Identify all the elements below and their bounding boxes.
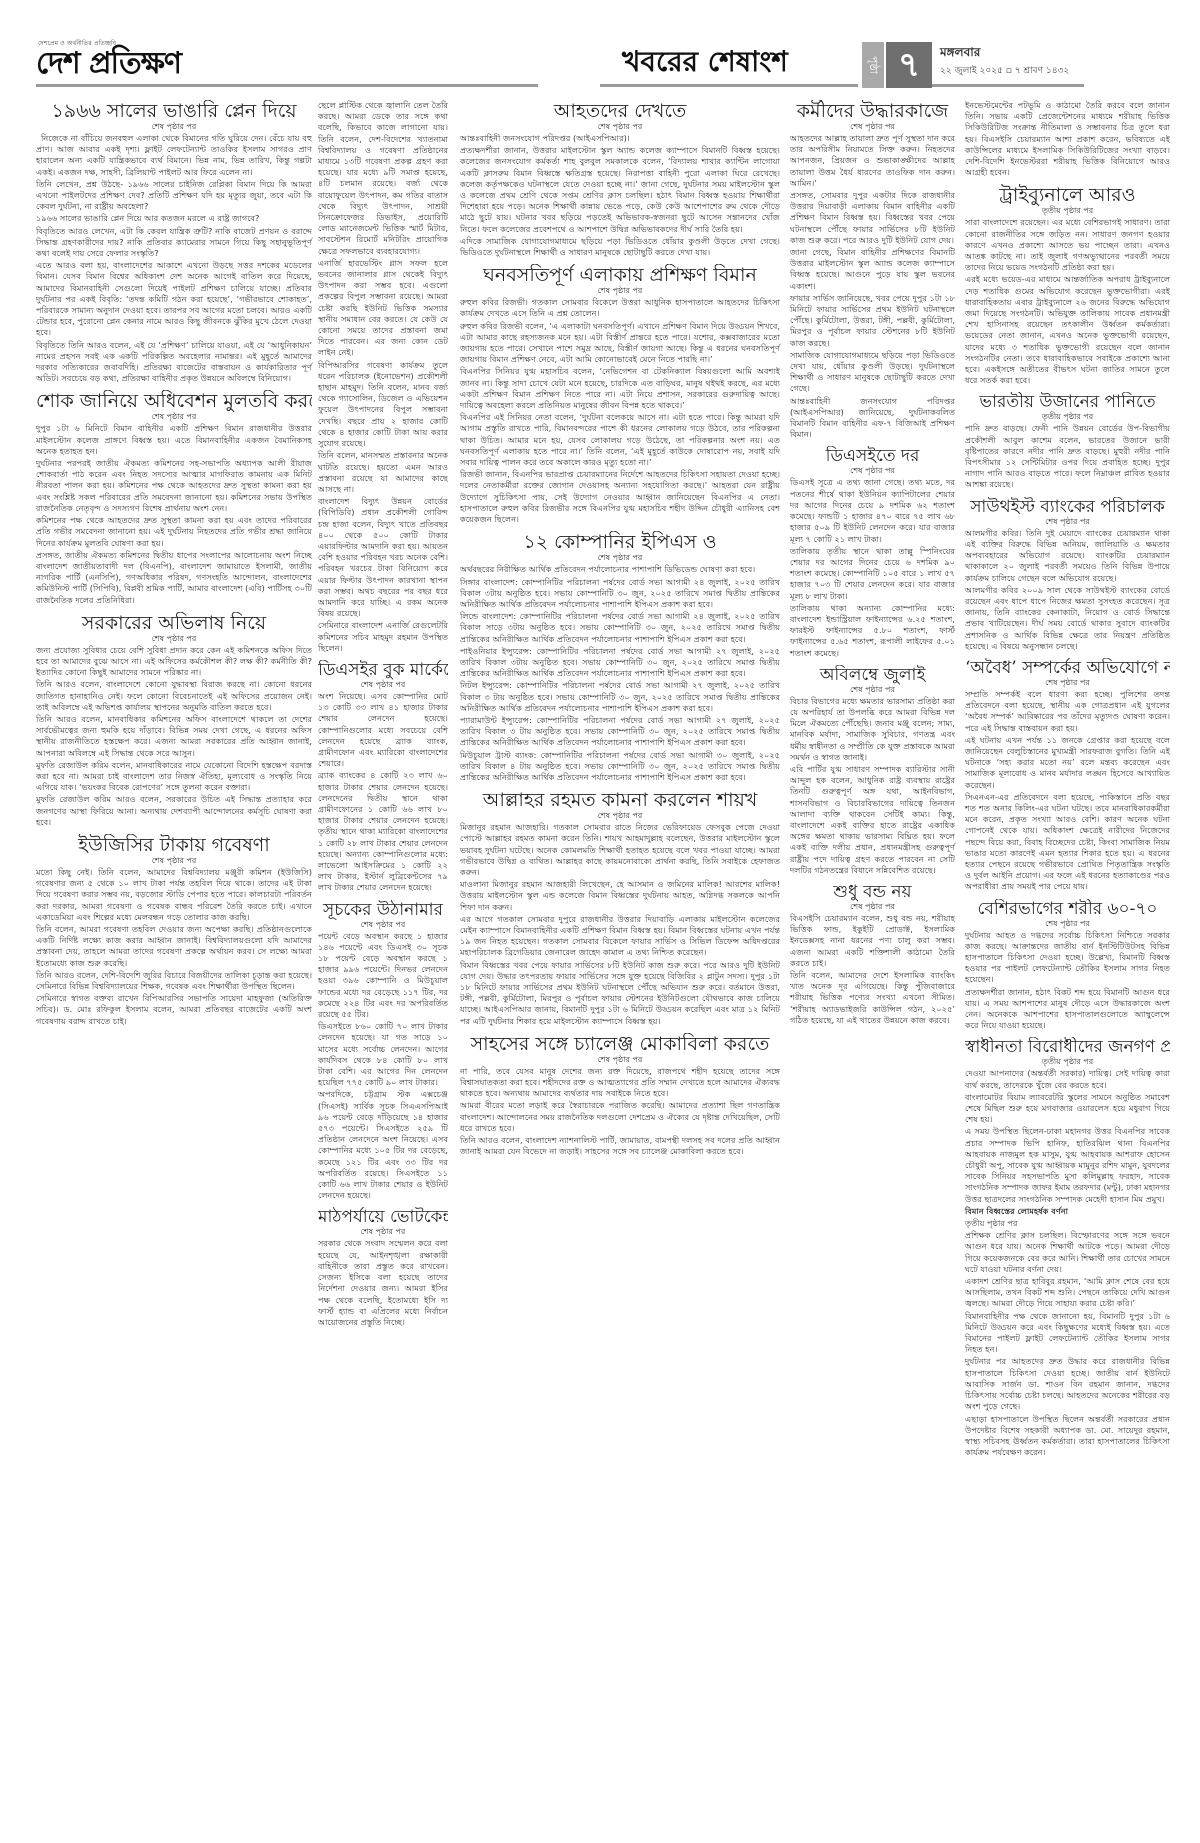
- article-body: মতো কিছু নেই। তিনি বলেন, আমাদের বিশ্ববিদ…: [36, 867, 312, 1027]
- continuation-label: শেষ পৃষ্ঠার পর: [36, 412, 312, 422]
- headline[interactable]: ১২ কোম্পানির ইপিএস ও: [460, 531, 780, 553]
- paragraph: প্রসঙ্গত, জাতীয় ঐকমত্য কমিশনের দ্বিতীয়…: [36, 550, 312, 606]
- article-plastic-fuel: ছেলে প্লাস্টিক থেকে জ্বালানি তেল তৈরি কর…: [318, 100, 448, 654]
- article-body: ডিএসই সূত্রে এ তথ্য জানা গেছে। তথ্য মতে,…: [790, 477, 955, 658]
- article-not-only-bond: শুধু বন্ড নয় শেষ পৃষ্ঠার পর বিএসইসি চেয…: [790, 882, 955, 1026]
- masthead: দেশপ্রেম ও অর্থনীতির প্রতিচ্ছবি দেশ প্রত…: [0, 0, 1200, 95]
- article-see-injured: আহতদের দেখতে শেষ পৃষ্ঠার পর আন্তঃবাহিনী …: [460, 100, 780, 258]
- headline[interactable]: ঘনবসতিপূর্ণ এলাকায় প্রশিক্ষণ বিমান: [460, 264, 780, 286]
- column-1: ১৯৬৬ সালের ভাঙারি প্লেন দিয়ে শেষ পৃষ্ঠা…: [36, 100, 312, 1033]
- paragraph: ডিএসই সূত্রে এ তথ্য জানা গেছে। তথ্য মতে,…: [790, 477, 955, 544]
- paragraph: এবি পার্টির যুগ্ম সাধারণ সম্পাদক ব্যারিস…: [790, 764, 955, 876]
- paragraph: মিজানুর রহমান আজহারি। গতকাল সোমবার রাতে …: [460, 822, 780, 878]
- paragraph: সারা বাংলাদেশে রয়েছেন। এর মধ্যে বেশিরভা…: [965, 217, 1170, 273]
- headline[interactable]: আল্লাহর রহমত কামনা করলেন শায়খ: [460, 789, 780, 811]
- paragraph: সামাজিক যোগাযোগমাধ্যমে ছড়িয়ে পড়া ভিডি…: [790, 350, 955, 395]
- paragraph: অর্থবছরের নিরীক্ষিত আর্থিক প্রতিবেদন পর্…: [460, 564, 780, 575]
- continuation-label: তৃতীয় পৃষ্ঠার পর: [965, 1057, 1170, 1067]
- day-of-week: মঙ্গলবার: [940, 44, 980, 64]
- paragraph: তিনি বলেন, আমাদের দেশে ইসলামিক ব্যাংকিং …: [790, 970, 955, 1026]
- continuation-label: শেষ পৃষ্ঠার পর: [965, 919, 1170, 929]
- column-4: কর্মীদের উদ্ধারকাজে শেষ পৃষ্ঠার পর আহতদে…: [790, 100, 955, 1032]
- article-body: দুর্ঘটনায় আহত ও দগ্ধদের সর্বোচ্চ চিকিৎস…: [965, 930, 1170, 1032]
- paragraph: না পারি, তবে যেসব মানুষ দেশের জন্য রক্ত …: [460, 1066, 780, 1100]
- article-body: ইনভেস্টমেন্টের পটভূমি ও কাঠামো তৈরি করবে…: [965, 100, 1170, 178]
- continuation-label: শেষ পৃষ্ঠার পর: [965, 678, 1170, 688]
- article-index-fluctuation: সূচকের উঠানামার শেষ পৃষ্ঠার পর পয়েন্ট ব…: [318, 900, 448, 1202]
- paragraph: মুফতি রেজাউল করিম আরও বলেন, সরকারের উচিত…: [36, 794, 312, 828]
- column-3: আহতদের দেখতে শেষ পৃষ্ঠার পর আন্তঃবাহিনী …: [460, 100, 780, 1163]
- paragraph: আলমগীর কবির ২০০৯ সাল থেকে সাউথইস্ট ব্যাং…: [965, 585, 1170, 652]
- headline[interactable]: সাউথইস্ট ব্যাংকের পরিচালক: [965, 497, 1170, 517]
- article-body: পয়েন্ট বেড়ে অবস্থান করছে ১ হাজার ১৪৬ প…: [318, 931, 448, 1202]
- paragraph: জানা গেছে, বিমান বাহিনীর প্রশিক্ষণের বিম…: [790, 247, 955, 292]
- paragraph: প্রসঙ্গত, সোমবার দুপুর একটার দিকে রাজধান…: [790, 190, 955, 246]
- continuation-label: শেষ পৃষ্ঠার পর: [36, 634, 312, 644]
- paragraph: তিনি আরও বলেন, বাংলাদেশে কোনো যুদ্ধাবস্থ…: [36, 679, 312, 713]
- article-body: বিচার বিভাগের মধ্যে ক্ষমতার ভারসাম্য প্র…: [790, 696, 955, 876]
- continuation-label: শেষ পৃষ্ঠার পর: [790, 902, 955, 912]
- paragraph: সেমিনারে স্বাগত বক্তব্য রাখেন বিপিআরসির …: [36, 993, 312, 1027]
- article-ugc-research: ইউজিসির টাকায় গবেষণা শেষ পৃষ্ঠার পর মতো…: [36, 834, 312, 1027]
- article-body: পানি দ্রুত বাড়ছে। ফেনী পানি উন্নয়ন বোর…: [965, 423, 1170, 490]
- article-field-polling: মাঠপর্যায়ে ভোটকেন্দ্র শেষ পৃষ্ঠার পর সর…: [318, 1207, 448, 1328]
- continuation-label: শেষ পৃষ্ঠার পর: [460, 1055, 780, 1065]
- paragraph: প্যারামাউন্ট ইন্স্যুরেন্স: কোম্পানিটির প…: [460, 715, 780, 749]
- paragraph: বিমানবাহিনীর পক্ষ থেকে জানানো হয়, বিমান…: [965, 1311, 1170, 1356]
- logo-text: দেশ প্রতিক্ষণ: [36, 49, 181, 79]
- headline[interactable]: ইউজিসির টাকায় গবেষণা: [36, 834, 312, 856]
- paragraph: তিনি লেখেন, প্রশ্ন উঠছে- ১৯৬৬ সালের চাইন…: [36, 179, 312, 213]
- page-label: পৃষ্ঠা: [862, 42, 884, 88]
- headline[interactable]: সরকারের অভিলাষ নিয়ে: [36, 612, 312, 634]
- article-body: ছেলে প্লাস্টিক থেকে জ্বালানি তেল তৈরি কর…: [318, 100, 448, 654]
- paragraph: ফায়ার সার্ভিস জানিয়েছে, খবর পেয়ে দুপু…: [790, 293, 955, 349]
- paragraph: আন্তঃবাহিনী জনসংযোগ পরিদপ্তর (আইএসপিআর) …: [790, 396, 955, 441]
- paragraph: অংশ নিয়েছে। এসব কোম্পানির মোট ১৩ কোটি ৩…: [318, 691, 448, 769]
- paragraph: ইনভেস্টমেন্টের পটভূমি ও কাঠামো তৈরি করবে…: [965, 100, 1170, 178]
- article-body: সরকার থেকে সংবাদ সম্মেলন করে বলা হয়েছে …: [318, 1238, 448, 1328]
- paragraph: পয়েন্ট বেড়ে অবস্থান করছে ১ হাজার ১৪৬ প…: [318, 931, 448, 1021]
- logo[interactable]: দেশপ্রেম ও অর্থনীতির প্রতিচ্ছবি দেশ প্রত…: [36, 38, 181, 79]
- continuation-label: শেষ পৃষ্ঠার পর: [790, 466, 955, 476]
- article-body: অর্থবছরের নিরীক্ষিত আর্থিক প্রতিবেদন পর্…: [460, 564, 780, 783]
- issue-date: ২২ জুলাই ২০২৫ ▫ ৭ শ্রাবণ ১৪৩২: [940, 63, 1069, 78]
- article-dense-area: ঘনবসতিপূর্ণ এলাকায় প্রশিক্ষণ বিমান শেষ …: [460, 264, 780, 525]
- paragraph: তিনি আরও বলেন, দেশি-বিদেশি জুরির বিচারে …: [36, 970, 312, 992]
- article-session-adjourned: শোক জানিয়ে অধিবেশন মুলতবি করলো শেষ পৃষ্…: [36, 390, 312, 605]
- page-number: ৭: [886, 42, 932, 88]
- paragraph: পানি দ্রুত বাড়ছে। ফেনী পানি উন্নয়ন বোর…: [965, 423, 1170, 490]
- paragraph: এতে আরও বলা হয়, বাংলাদেশের আকাশে এখনো উ…: [36, 260, 312, 338]
- article-body: দুপুর ১টা ৬ মিনিটে বিমান বাহিনীর একটি প্…: [36, 423, 312, 605]
- paragraph: তিনি বলেন, আমরা গবেষণা তহবিল দেওয়ার জন্…: [36, 924, 312, 969]
- paragraph: বাংলাদেশ বিদ্যুৎ উন্নয়ন বোর্ডের (বিপিডি…: [318, 496, 448, 619]
- column-2: ছেলে প্লাস্টিক থেকে জ্বালানি তেল তৈরি কর…: [318, 100, 448, 1334]
- paragraph: এদিকে সামাজিক যোগাযোগমাধ্যমে ছড়িয়ে পড়…: [460, 236, 780, 258]
- headline[interactable]: ডিএসইতে দর: [790, 446, 955, 466]
- article-plane-1966: ১৯৬৬ সালের ভাঙারি প্লেন দিয়ে শেষ পৃষ্ঠা…: [36, 100, 312, 384]
- article-courage-challenge: সাহসের সঙ্গে চ্যালেঞ্জ মোকাবিলা করতে শেষ…: [460, 1033, 780, 1158]
- headline[interactable]: সূচকের উঠানামার: [318, 900, 448, 920]
- continuation-label: শেষ পৃষ্ঠার পর: [460, 811, 780, 821]
- paragraph: দেওয়া আপনাদের (অন্তর্বর্তী সরকার) দায়ি…: [965, 1068, 1170, 1090]
- continuation-label: শেষ পৃষ্ঠার পর: [318, 1227, 448, 1237]
- paragraph: ব্র্যাক ব্যাংকের ৪ কোটি ২৩ লাখ ৬০ হাজার …: [318, 770, 448, 893]
- headline[interactable]: কর্মীদের উদ্ধারকাজে: [790, 100, 955, 122]
- paragraph: একাদশ শ্রেণির ছাত্র হাবিবুর রহমান, ‘আমি …: [965, 1276, 1170, 1310]
- paragraph: দুর্ঘটনায় আহত ও দগ্ধদের সর্বোচ্চ চিকিৎস…: [965, 930, 1170, 986]
- headline[interactable]: বেশিরভাগের শরীর ৬০-৭০: [965, 899, 1170, 919]
- article-dse-rate: ডিএসইতে দর শেষ পৃষ্ঠার পর ডিএসই সূত্রে এ…: [790, 446, 955, 658]
- article-body: সম্প্রতি সম্পর্কই বলে ধারণা করা হচ্ছে। প…: [965, 689, 1170, 893]
- continuation-label: শেষ পৃষ্ঠার পর: [790, 685, 955, 695]
- article-govt-ambition: সরকারের অভিলাষ নিয়ে শেষ পৃষ্ঠার পর জন্য…: [36, 612, 312, 828]
- paragraph: রুহুল কবির রিজভী। গতকাল সোমবার বিকেলে উত…: [460, 297, 780, 319]
- paragraph: সিঙ্গার বাংলাদেশ: কোম্পানিটির পরিচালনা প…: [460, 577, 780, 611]
- headline[interactable]: ভারতীয় উজানের পানিতে: [965, 392, 1170, 412]
- continuation-label: শেষ পৃষ্ঠার পর: [790, 122, 955, 132]
- continuation-label: তৃতীয় পৃষ্ঠার পর: [965, 1218, 1170, 1229]
- paragraph: প্রশিক্ষক শ্রেণির ক্লাস চলছিল। বিস্ফোরণে…: [965, 1230, 1170, 1275]
- headline[interactable]: স্বাধীনতা বিরোধীদের জনগণ প্রত্যাখ্যান: [965, 1037, 1170, 1057]
- article-body: দেওয়া আপনাদের (অন্তর্বর্তী সরকার) দায়ি…: [965, 1068, 1170, 1458]
- continuation-label: শেষ পৃষ্ঠার পর: [318, 920, 448, 930]
- divider: [932, 84, 1084, 87]
- continuation-label: শেষ পৃষ্ঠার পর: [460, 286, 780, 296]
- paragraph: বিমান বিধ্বস্তের খবর পেয়ে ফায়ার সার্ভি…: [460, 960, 780, 1027]
- headline[interactable]: সাহসের সঙ্গে চ্যালেঞ্জ মোকাবিলা করতে: [460, 1033, 780, 1055]
- paragraph: বিএনপির এই সিনিয়র নেতা বলেন, ‘দুর্ঘটনা …: [460, 412, 780, 468]
- headline[interactable]: আহতদের দেখতে: [460, 100, 780, 122]
- article-body: মিজানুর রহমান আজহারি। গতকাল সোমবার রাতে …: [460, 822, 780, 1027]
- article-workers-rescue: কর্মীদের উদ্ধারকাজে শেষ পৃষ্ঠার পর আহতদে…: [790, 100, 955, 440]
- headline[interactable]: শুধু বন্ড নয়: [790, 882, 955, 902]
- article-body: আন্তঃবাহিনী জনসংযোগ পরিদপ্তর (আইএসপিআর)।…: [460, 133, 780, 258]
- paragraph: সরকার থেকে সংবাদ সম্মেলন করে বলা হয়েছে …: [318, 1238, 448, 1328]
- paragraph: বিএনপির সিনিয়র যুগ্ম মহাসচিব বলেন, ‘নেভ…: [460, 366, 780, 411]
- paragraph: ডিএসইতে ৮৬০ কোটি ৭০ লাখ টাকার লেনদেন হয়…: [318, 1021, 448, 1088]
- paragraph: দুর্ঘটনার পরপরই জাতীয় ঐকমত্য কমিশনের সহ…: [36, 458, 312, 514]
- paragraph: আমরা বীরের মতো লড়াই করে স্বৈরাচারকে পরা…: [460, 1100, 780, 1134]
- paragraph: মিউচুয়াল ট্রাস্ট ব্যাংক: কোম্পানিটির পর…: [460, 750, 780, 784]
- article-tribunal-more: ট্রাইব্যুনালে আরও তৃতীয় পৃষ্ঠার পর সারা…: [965, 184, 1170, 386]
- paragraph: পাইওনিয়ার ইন্স্যুরেন্স: কোম্পানিটির পরি…: [460, 646, 780, 680]
- paragraph: বিএসইসি চেয়ারম্যান বলেন, শুধু বন্ড নয়,…: [790, 913, 955, 969]
- continuation-label: শেষ পৃষ্ঠার পর: [460, 553, 780, 563]
- paragraph: মতো কিছু নেই। তিনি বলেন, আমাদের বিশ্ববিদ…: [36, 867, 312, 923]
- article-twelve-companies: ১২ কোম্পানির ইপিএস ও শেষ পৃষ্ঠার পর অর্থ…: [460, 531, 780, 783]
- paragraph: বিবৃতিতে আরও লেখেন, এটা কি কেবল যান্ত্রি…: [36, 226, 312, 260]
- article-body: জন্য প্রযোজ্য সুবিধার চেয়ে বেশি সুবিধা …: [36, 645, 312, 828]
- article-body: না পারি, তবে যেসব মানুষ দেশের জন্য রক্ত …: [460, 1066, 780, 1158]
- paragraph: তিনি বলেন, মানসম্মত প্রস্তাবনার অনেক ঘাট…: [318, 450, 448, 495]
- paragraph: এই ঘটনায় এখন পর্যন্ত ১১ জনকে গ্রেপ্তার …: [965, 735, 1170, 791]
- section-title: খবরের শেষাংশ: [622, 40, 788, 87]
- article-body: অংশ নিয়েছে। এসব কোম্পানির মোট ১৩ কোটি ৩…: [318, 691, 448, 894]
- divider: [36, 84, 286, 87]
- paragraph: রিজভী জানান, বিএনপির ভারপ্রাপ্ত চেয়ারম্…: [460, 469, 780, 525]
- column-5: ইনভেস্টমেন্টের পটভূমি ও কাঠামো তৈরি করবে…: [965, 100, 1170, 1464]
- headline[interactable]: শোক জানিয়ে অধিবেশন মুলতবি করলো: [36, 390, 312, 412]
- paragraph: এরই মধ্যে ভয়েড-এর মাধ্যমে আন্তর্জাতিক অ…: [965, 274, 1170, 386]
- paragraph: আহতদের আল্লাহ তায়ালা দ্রুত পূর্ণ সুস্থত…: [790, 133, 955, 189]
- headline[interactable]: অবিলম্বে জুলাই: [790, 665, 955, 685]
- article-july-indispensable: অবিলম্বে জুলাই শেষ পৃষ্ঠার পর বিচার বিভা…: [790, 665, 955, 876]
- article-dse-book: ডিএসইর বুক মার্কেটে শেষ পৃষ্ঠার পর অংশ ন…: [318, 660, 448, 894]
- article-body: সারা বাংলাদেশে রয়েছেন। এর মধ্যে বেশিরভা…: [965, 217, 1170, 386]
- continuation-label: শেষ পৃষ্ঠার পর: [36, 122, 312, 132]
- paragraph: প্রত্যক্ষদর্শীরা জানান, হঠাৎ বিকট শব্দ হ…: [965, 987, 1170, 1032]
- paragraph: মুফতি রেজাউল করিম বলেন, মানবাধিকারের নাম…: [36, 760, 312, 794]
- paragraph: ১৯৬৬ সালের ভাঙারি প্লেন দিয়ে আর কতজন মর…: [36, 213, 312, 224]
- paragraph: এছাড়া হাসপাতালে উপস্থিত ছিলেন অন্তর্বর্…: [965, 1414, 1170, 1459]
- article-illicit-relation: ‘অবৈধ’ সম্পর্কের অভিযোগে নর শেষ পৃষ্ঠার …: [965, 658, 1170, 893]
- paragraph: সম্প্রতি সম্পর্কই বলে ধারণা করা হচ্ছে। প…: [965, 689, 1170, 734]
- paragraph: বিপিআরসির গবেষণা কার্যক্রম তুলে ধরেন পরি…: [318, 360, 448, 450]
- paragraph: আলমগীর কবির। তিনি দুই মেয়াদে ব্যাংকের চ…: [965, 528, 1170, 584]
- paragraph: তালিকায় তৃতীয় স্থানে থাকা তাল্লু স্পিন…: [790, 546, 955, 602]
- subheading: বিমান বিধ্বস্তের লোমহর্ষক বর্ণনা: [965, 1206, 1170, 1217]
- paragraph: জন্য প্রযোজ্য সুবিধার চেয়ে বেশি সুবিধা …: [36, 645, 312, 679]
- article-body: নিজেকে না বাঁচিয়ে জনবহুল এলাকা থেকে বিম…: [36, 133, 312, 384]
- paragraph: এ সময় উপস্থিত ছিলেন-ঢাকা মহানগর উত্তর ব…: [965, 1126, 1170, 1204]
- paragraph: বিবৃতিতে তিনি আরও বলেন, এই যে ‘প্রশিক্ষণ…: [36, 340, 312, 385]
- article-allah-mercy: আল্লাহর রহমত কামনা করলেন শায়খ শেষ পৃষ্ঠ…: [460, 789, 780, 1027]
- paragraph: ছেলে প্লাস্টিক থেকে জ্বালানি তেল তৈরি কর…: [318, 100, 448, 257]
- paragraph: দুর্ঘটনার পর আহতদের দ্রুত উদ্ধার করে রাজ…: [965, 1356, 1170, 1412]
- paragraph: সিএনএন-এর প্রতিবেদনে বলা হয়েছে, পাকিস্ত…: [965, 792, 1170, 893]
- paragraph: তিনি আরও বলেন, বাংলাদেশ ন্যাশনালিস্ট পার…: [460, 1135, 780, 1157]
- paragraph: সেমিনারে বাংলাদেশ এনার্জি রেগুলেটরি কমিশ…: [318, 620, 448, 654]
- paragraph: নিজেকে না বাঁচিয়ে জনবহুল এলাকা থেকে বিম…: [36, 133, 312, 178]
- paragraph: বাংলামোটর বিয়াম ল্যাবরেটরি স্কুলের সামন…: [965, 1092, 1170, 1126]
- paragraph: এনার্জি হারভেস্টিং গ্লাস সফল হলে ভবনের জ…: [318, 258, 448, 359]
- article-southeast-bank: সাউথইস্ট ব্যাংকের পরিচালক শেষ পৃষ্ঠার পর…: [965, 497, 1170, 652]
- headline[interactable]: মাঠপর্যায়ে ভোটকেন্দ্র: [318, 1207, 448, 1227]
- article-indian-upstream: ভারতীয় উজানের পানিতে তৃতীয় পৃষ্ঠার পর …: [965, 392, 1170, 490]
- continuation-label: তৃতীয় পৃষ্ঠার পর: [965, 206, 1170, 216]
- article-most-bodies: বেশিরভাগের শরীর ৬০-৭০ শেষ পৃষ্ঠার পর দুর…: [965, 899, 1170, 1032]
- paragraph: আন্তঃবাহিনী জনসংযোগ পরিদপ্তর (আইএসপিআর)।: [460, 133, 780, 144]
- headline[interactable]: ১৯৬৬ সালের ভাঙারি প্লেন দিয়ে: [36, 100, 312, 122]
- paragraph: তিনি আরও বলেন, মানবাধিকার কমিশনের অফিস ব…: [36, 714, 312, 759]
- article-body: বিএসইসি চেয়ারম্যান বলেন, শুধু বন্ড নয়,…: [790, 913, 955, 1026]
- article-body: রুহুল কবির রিজভী। গতকাল সোমবার বিকেলে উত…: [460, 297, 780, 525]
- article-independence-opponents: স্বাধীনতা বিরোধীদের জনগণ প্রত্যাখ্যান তৃ…: [965, 1037, 1170, 1458]
- paragraph: নিটল ইন্স্যুরেন্স: কোম্পানিটির পরিচালনা …: [460, 680, 780, 714]
- continuation-label: শেষ পৃষ্ঠার পর: [318, 680, 448, 690]
- paragraph: এর আগে গতকাল সোমবার দুপুরে রাজধানীর উত্ত…: [460, 914, 780, 959]
- paragraph: বিচার বিভাগের মধ্যে ক্ষমতার ভারসাম্য প্র…: [790, 696, 955, 763]
- paragraph: মাওলানা মিজানুর রহমান আজহারী লিখেছেন, হে…: [460, 879, 780, 913]
- paragraph: অপরদিকে, চট্টগ্রাম স্টক এক্সচেঞ্জ (সিএসই…: [318, 1089, 448, 1201]
- continuation-label: শেষ পৃষ্ঠার পর: [36, 856, 312, 866]
- paragraph: রুহুল কবির রিজভী বলেন, ‘এ এলাকাটা ঘনবসতি…: [460, 321, 780, 366]
- paragraph: কমিশনের পক্ষ থেকে আহতদের দ্রুত সুস্থতা ক…: [36, 515, 312, 549]
- paragraph: লিন্ডে বাংলাদেশ: কোম্পানিটির পরিচালনা পর…: [460, 611, 780, 645]
- headline[interactable]: ডিএসইর বুক মার্কেটে: [318, 660, 448, 680]
- continuation-label: শেষ পৃষ্ঠার পর: [460, 122, 780, 132]
- headline[interactable]: ট্রাইব্যুনালে আরও: [965, 184, 1170, 206]
- divider: [286, 84, 538, 87]
- paragraph: প্রত্যক্ষদর্শীরা জানান, উত্তরার মাইলস্টো…: [460, 145, 780, 235]
- paragraph: দুপুর ১টা ৬ মিনিটে বিমান বাহিনীর একটি প্…: [36, 423, 312, 457]
- article-investment-framework: ইনভেস্টমেন্টের পটভূমি ও কাঠামো তৈরি করবে…: [965, 100, 1170, 178]
- paragraph: তালিকায় থাকা অন্যান্য কোম্পানির মধ্যে: …: [790, 603, 955, 659]
- continuation-label: তৃতীয় পৃষ্ঠার পর: [965, 412, 1170, 422]
- continuation-label: শেষ পৃষ্ঠার পর: [965, 517, 1170, 527]
- article-body: আলমগীর কবির। তিনি দুই মেয়াদে ব্যাংকের চ…: [965, 528, 1170, 652]
- article-body: আহতদের আল্লাহ তায়ালা দ্রুত পূর্ণ সুস্থত…: [790, 133, 955, 440]
- headline[interactable]: ‘অবৈধ’ সম্পর্কের অভিযোগে নর: [965, 658, 1170, 678]
